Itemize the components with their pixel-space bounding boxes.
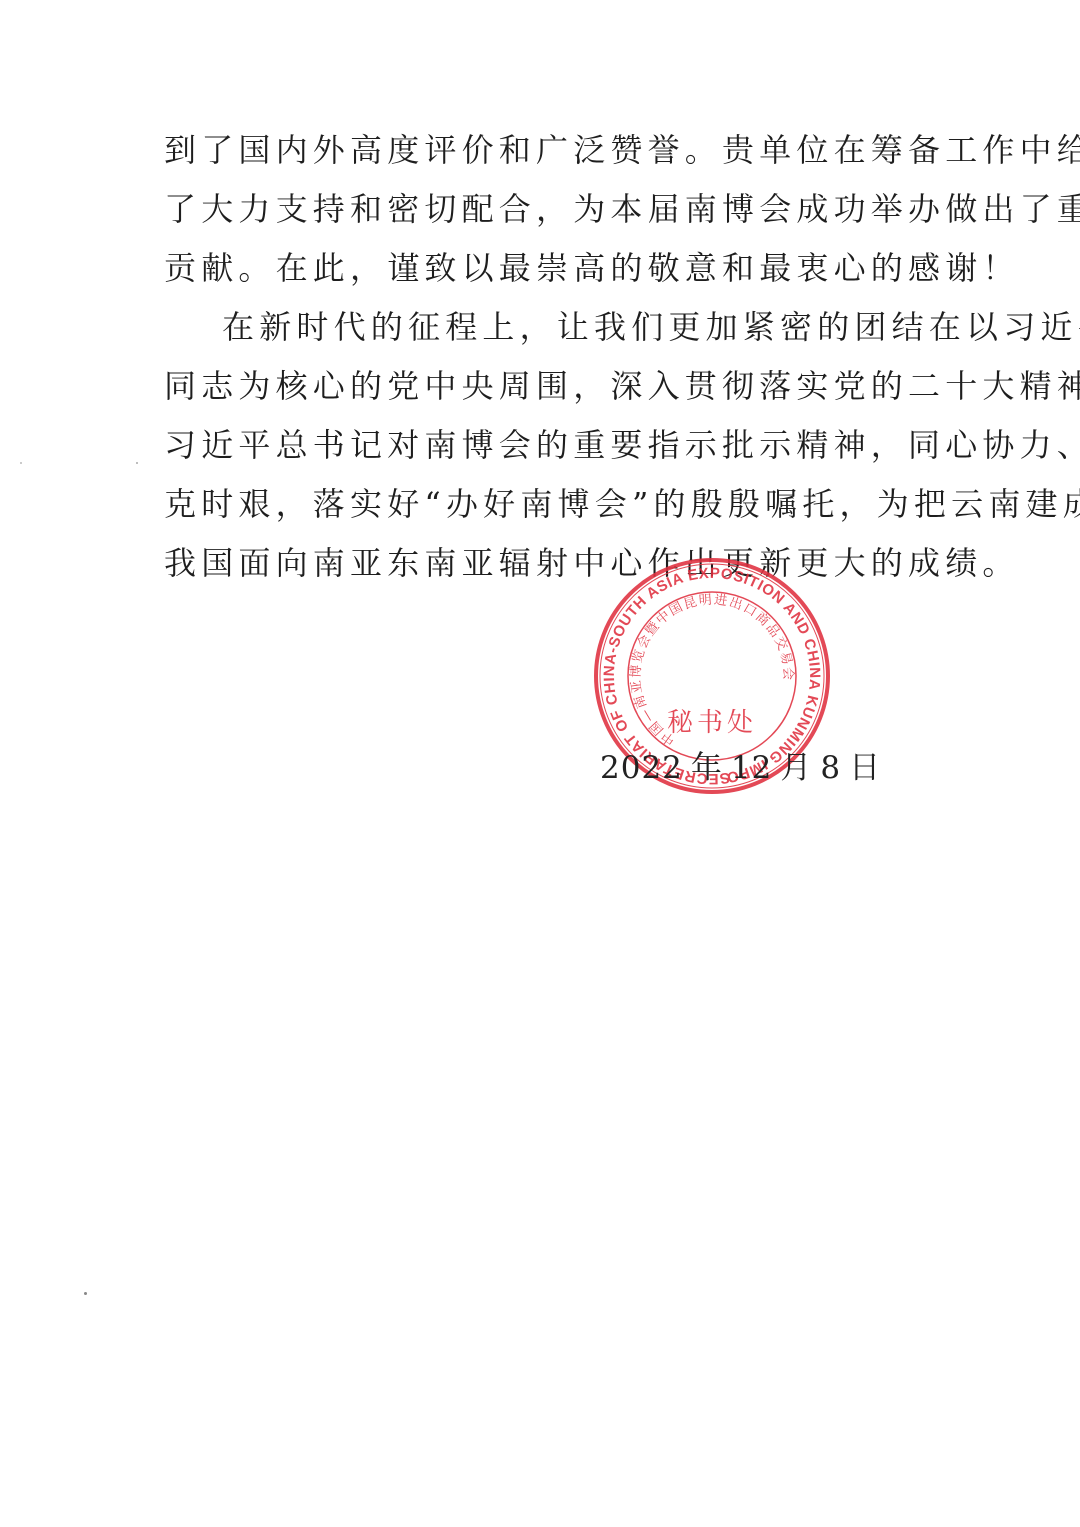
document-page: 到了国内外高度评价和广泛赞誉。贵单位在筹备工作中给予 了大力支持和密切配合，为本… [0, 0, 1080, 1527]
paragraph-2-line-4: 克时艰，落实好“办好南博会”的殷殷嘱托，为把云南建成 [164, 475, 924, 534]
date-month: 12 [731, 750, 772, 786]
paragraph-1-line-2: 了大力支持和密切配合，为本届南博会成功举办做出了重要 [164, 180, 924, 239]
date-year: 2022 [600, 750, 683, 786]
paragraph-2-line-2: 同志为核心的党中央周围，深入贯彻落实党的二十大精神与 [164, 357, 924, 416]
paragraph-2-line-1: 在新时代的征程上，让我们更加紧密的团结在以习近平 [164, 298, 924, 357]
date-day-unit: 日 [849, 750, 881, 786]
paragraph-2-line-3: 习近平总书记对南博会的重要指示批示精神，同心协力、共 [164, 416, 924, 475]
date-month-unit: 月 [780, 750, 812, 786]
letter-body: 到了国内外高度评价和广泛赞誉。贵单位在筹备工作中给予 了大力支持和密切配合，为本… [164, 121, 924, 593]
paragraph-1-line-1: 到了国内外高度评价和广泛赞誉。贵单位在筹备工作中给予 [164, 121, 924, 180]
seal-center-text: 秘书处 [667, 708, 757, 738]
scan-speck [20, 462, 22, 464]
date-year-unit: 年 [691, 750, 723, 786]
scan-speck [136, 462, 138, 464]
date-day: 8 [820, 750, 841, 786]
paragraph-1-line-3: 贡献。在此，谨致以最崇高的敬意和最衷心的感谢！ [164, 239, 924, 298]
scan-speck [84, 1292, 87, 1295]
signature-date: 2022年12月8日 [600, 742, 889, 787]
